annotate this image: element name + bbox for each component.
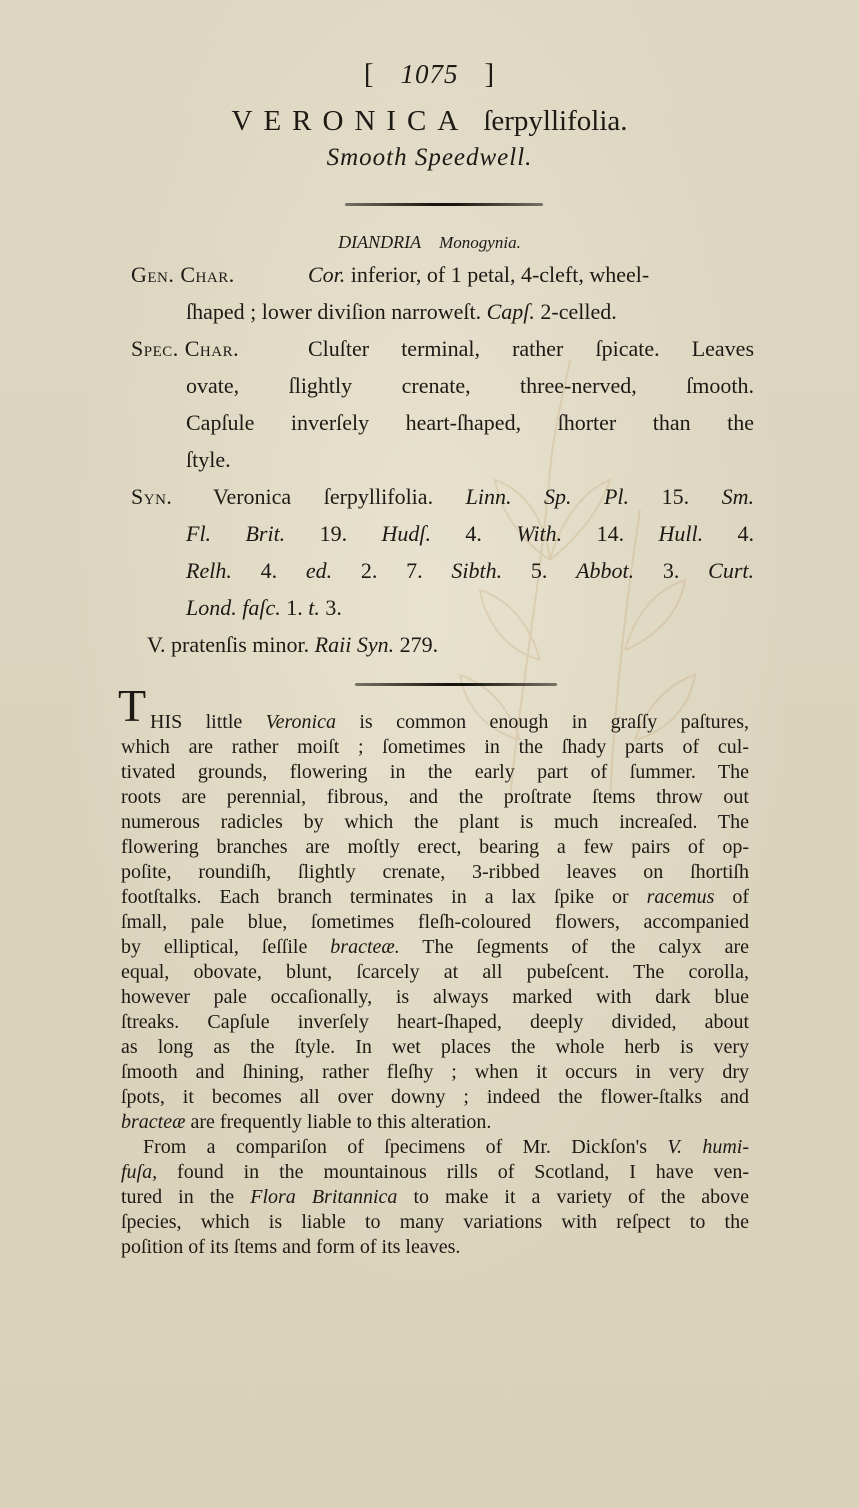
spec-char-label: Spec. Char.	[131, 336, 239, 362]
text: by elliptical, ſeſſile	[121, 936, 330, 958]
gen-char-line: ſhaped ; lower diviſion narroweſt. Capſ.…	[186, 299, 752, 325]
common-name: Smooth Speedwell.	[0, 144, 859, 172]
text: inferior, of 1 petal, 4-cleft, wheel-	[345, 262, 649, 287]
description-line: HIS little Veronica is common enough in …	[150, 711, 749, 734]
synonym-label: Syn.	[131, 484, 172, 510]
description-line: equal, obovate, blunt, ſcarcely at all p…	[121, 961, 749, 984]
description-line: however pale occaſionally, is always mar…	[121, 986, 749, 1009]
italic-text: bracteæ.	[330, 936, 399, 958]
text: tivated grounds, flowering in the early …	[121, 761, 749, 783]
italic-text: bracteæ	[121, 1111, 185, 1133]
italic-text: V. humi-	[667, 1136, 749, 1158]
synonym-line: Relh. 4. ed. 2. 7. Sibth. 5. Abbot. 3. C…	[186, 558, 754, 584]
page-number-value: 1075	[401, 59, 459, 89]
synonym-line: Fl. Brit. 19. Hudſ. 4. With. 14. Hull. 4…	[186, 521, 754, 547]
text: 3.	[320, 595, 342, 620]
italic-text: Raii Syn.	[315, 632, 394, 657]
text: 3.	[634, 558, 708, 583]
text: roots are perennial, fibrous, and the pr…	[121, 786, 749, 808]
italic-text: Hull.	[658, 521, 703, 546]
text: V. pratenſis minor.	[147, 632, 315, 657]
bracket-open: [	[364, 58, 375, 90]
text: ſtreaks. Capſule inverſely heart-ſhaped,…	[121, 1011, 749, 1033]
text: 14.	[562, 521, 658, 546]
text: 5.	[502, 558, 576, 583]
text: of	[714, 886, 749, 908]
description-line: ſpecies, which is liable to many variati…	[121, 1211, 749, 1234]
genus-name: VERONICA	[232, 105, 470, 137]
page-number: [1075]	[0, 58, 859, 91]
italic-text: Sibth.	[451, 558, 502, 583]
text: numerous radicles by which the plant is …	[121, 811, 749, 833]
description-line: bracteæ are frequently liable to this al…	[121, 1111, 491, 1134]
text: found in the mountainous rills of Scotla…	[157, 1161, 749, 1183]
text: footſtalks. Each branch terminates in a …	[121, 886, 647, 908]
text: are frequently liable to this alteration…	[185, 1111, 491, 1133]
text: 4.	[703, 521, 754, 546]
species-epithet: ſerpyllifolia.	[483, 105, 627, 137]
description-line: by elliptical, ſeſſile bracteæ. The ſegm…	[121, 936, 749, 959]
text: 4.	[431, 521, 516, 546]
description-line: numerous radicles by which the plant is …	[121, 811, 749, 834]
spec-char-line: ſtyle.	[186, 447, 231, 473]
text: 2-celled.	[535, 299, 617, 324]
text: however pale occaſionally, is always mar…	[121, 986, 749, 1008]
description-line: ſtreaks. Capſule inverſely heart-ſhaped,…	[121, 1011, 749, 1034]
italic-text: Sm.	[722, 484, 754, 509]
description-line: ſmall, pale blue, ſometimes fleſh-colour…	[121, 911, 749, 934]
description-line: ſmooth and ſhining, rather fleſhy ; when…	[121, 1061, 749, 1084]
text: HIS little	[150, 711, 266, 733]
italic-text: t.	[308, 595, 320, 620]
description-line: footſtalks. Each branch terminates in a …	[121, 886, 749, 909]
text: 1.	[281, 595, 309, 620]
text: 19.	[285, 521, 381, 546]
italic-text: Hudſ.	[382, 521, 432, 546]
synonym-line: Veronica ſerpyllifolia. Linn. Sp. Pl. 15…	[213, 484, 754, 510]
text: ſpots, it becomes all over downy ; indee…	[121, 1086, 749, 1108]
text: From a compariſon of ſpecimens of Mr. Di…	[143, 1136, 667, 1158]
description-line: fuſa, found in the mountainous rills of …	[121, 1161, 749, 1184]
text: to make it a variety of the above	[397, 1186, 749, 1208]
book-page: [1075] VERONICAſerpyllifolia. Smooth Spe…	[0, 0, 859, 1508]
description-line: tivated grounds, flowering in the early …	[121, 761, 749, 784]
italic-text: Fl. Brit.	[186, 521, 285, 546]
text: 279.	[394, 632, 438, 657]
bracket-close: ]	[485, 58, 496, 90]
text: Veronica ſerpyllifolia.	[213, 484, 466, 509]
italic-text: Linn. Sp. Pl.	[466, 484, 629, 509]
text: 2. 7.	[332, 558, 451, 583]
text: poſition of its ſtems and form of its le…	[121, 1236, 460, 1258]
italic-text: Abbot.	[576, 558, 634, 583]
description-line: which are rather moiſt ; ſometimes in th…	[121, 736, 749, 759]
text: 4.	[232, 558, 306, 583]
spec-char-line: ovate, ſlightly crenate, three-nerved, ſ…	[186, 373, 754, 399]
text: equal, obovate, blunt, ſcarcely at all p…	[121, 961, 749, 983]
italic-text: Cor.	[308, 262, 345, 287]
gen-char-label: Gen. Char.	[131, 262, 235, 288]
description-line: poſition of its ſtems and form of its le…	[121, 1236, 460, 1259]
ordo: Monogynia.	[439, 233, 521, 252]
text: ſmooth and ſhining, rather fleſhy ; when…	[121, 1061, 749, 1083]
italic-text: racemus	[647, 886, 715, 908]
italic-text: ed.	[306, 558, 332, 583]
divider-rule	[345, 203, 543, 206]
italic-text: Lond. faſc.	[186, 595, 281, 620]
italic-text: Relh.	[186, 558, 232, 583]
text: as long as the ſtyle. In wet places the …	[121, 1036, 749, 1058]
description-line: poſite, roundiſh, ſlightly crenate, 3-ri…	[121, 861, 749, 884]
text: 15.	[629, 484, 722, 509]
description-line: ſpots, it becomes all over downy ; indee…	[121, 1086, 749, 1109]
description-line: as long as the ſtyle. In wet places the …	[121, 1036, 749, 1059]
description-line: From a compariſon of ſpecimens of Mr. Di…	[143, 1136, 749, 1159]
species-title: VERONICAſerpyllifolia.	[0, 105, 859, 138]
drop-cap: T	[118, 683, 146, 729]
text: which are rather moiſt ; ſometimes in th…	[121, 736, 749, 758]
text: poſite, roundiſh, ſlightly crenate, 3-ri…	[121, 861, 749, 883]
italic-text: fuſa,	[121, 1161, 157, 1183]
text: ſhaped ; lower diviſion narroweſt.	[186, 299, 487, 324]
text: ſmall, pale blue, ſometimes fleſh-colour…	[121, 911, 749, 933]
italic-text: Curt.	[708, 558, 754, 583]
description-line: tured in the Flora Britannica to make it…	[121, 1186, 749, 1209]
italic-text: With.	[516, 521, 562, 546]
synonym-line: Lond. faſc. 1. t. 3.	[186, 595, 342, 621]
text: The ſegments of the calyx are	[400, 936, 749, 958]
text: tured in the	[121, 1186, 250, 1208]
classis: DIANDRIA	[338, 232, 421, 252]
spec-char-line: Cluſter terminal, rather ſpicate. Leaves	[308, 336, 754, 362]
synonym-line: V. pratenſis minor. Raii Syn. 279.	[147, 632, 438, 658]
description-line: roots are perennial, fibrous, and the pr…	[121, 786, 749, 809]
text: is common enough in graſſy paſtures,	[336, 711, 749, 733]
italic-text: Flora Britannica	[250, 1186, 397, 1208]
italic-text: Capſ.	[487, 299, 535, 324]
divider-rule	[355, 683, 557, 686]
spec-char-line: Capſule inverſely heart-ſhaped, ſhorter …	[186, 410, 754, 436]
linnaean-classification: DIANDRIAMonogynia.	[0, 232, 859, 253]
text: flowering branches are moſtly erect, bea…	[121, 836, 749, 858]
gen-char-line: Cor. inferior, of 1 petal, 4-cleft, whee…	[308, 262, 752, 288]
description-line: flowering branches are moſtly erect, bea…	[121, 836, 749, 859]
text: ſpecies, which is liable to many variati…	[121, 1211, 749, 1233]
italic-text: Veronica	[266, 711, 336, 733]
